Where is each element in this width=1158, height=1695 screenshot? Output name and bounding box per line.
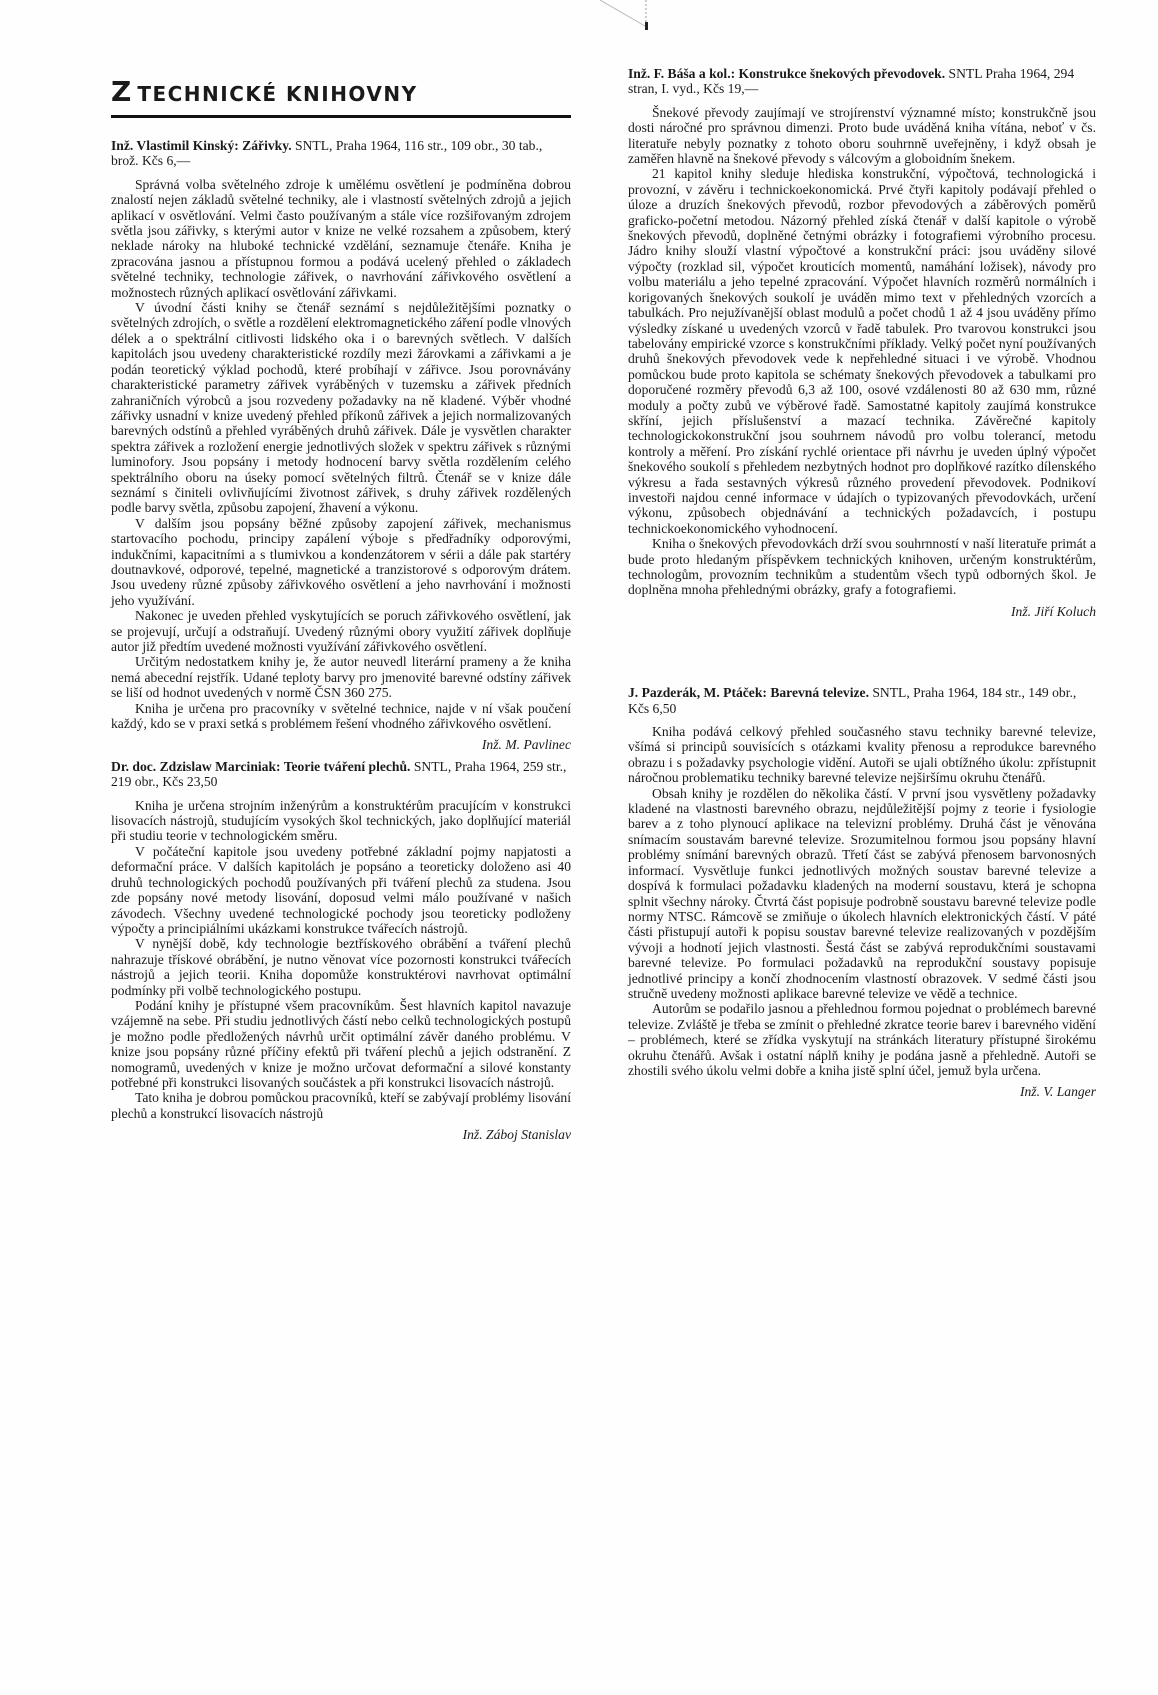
page-corner-fold-mark <box>600 0 680 32</box>
review-paragraph: Podání knihy je přístupné všem pracovník… <box>111 998 571 1090</box>
review-paragraph: Kniha podává celkový přehled současného … <box>628 724 1096 786</box>
scanned-page: ZTECHNICKÉ KNIHOVNY Inž. Vlastimil Kinsk… <box>0 0 1158 1695</box>
review-heading: Dr. doc. Zdzislaw Marciniak: Teorie tvář… <box>111 759 571 790</box>
section-title: ZTECHNICKÉ KNIHOVNY <box>111 79 571 118</box>
review-paragraph: Určitým nedostatkem knihy je, že autor n… <box>111 654 571 700</box>
review-heading: Inž. Vlastimil Kinský: Zářivky. SNTL, Pr… <box>111 138 571 169</box>
review-paragraph: Autorům se podařilo jasnou a přehlednou … <box>628 1001 1096 1078</box>
review-heading: Inž. F. Báša a kol.: Konstrukce šnekovýc… <box>628 66 1096 97</box>
review-heading: J. Pazderák, M. Ptáček: Barevná televize… <box>628 685 1096 716</box>
review-paragraph: Nakonec je uveden přehled vyskytujících … <box>111 608 571 654</box>
section-title-initial: Z <box>111 75 131 108</box>
left-column: ZTECHNICKÉ KNIHOVNY Inž. Vlastimil Kinsk… <box>111 66 571 1149</box>
review-teorie-tvareni-plechu: Dr. doc. Zdzislaw Marciniak: Teorie tvář… <box>111 759 571 1143</box>
review-paragraph: V počáteční kapitole jsou uvedeny potřeb… <box>111 844 571 936</box>
review-paragraph: Správná volba světelného zdroje k umělém… <box>111 177 571 300</box>
right-column: Inž. F. Báša a kol.: Konstrukce šnekovýc… <box>628 66 1096 1106</box>
review-paragraph: Kniha o šnekových převodovkách drží svou… <box>628 536 1096 598</box>
review-paragraph: Kniha je určena strojním inženýrům a kon… <box>111 798 571 844</box>
review-snekove-prevodovky: Inž. F. Báša a kol.: Konstrukce šnekovýc… <box>628 66 1096 619</box>
review-barevna-televize: J. Pazderák, M. Ptáček: Barevná televize… <box>628 685 1096 1100</box>
review-title: Dr. doc. Zdzislaw Marciniak: Teorie tvář… <box>111 759 410 774</box>
review-paragraph: V dalším jsou popsány běžné způsoby zapo… <box>111 516 571 608</box>
review-signature: Inž. Záboj Stanislav <box>111 1127 571 1142</box>
review-signature: Inž. M. Pavlinec <box>111 737 571 752</box>
review-paragraph: V nynější době, kdy technologie beztřísk… <box>111 936 571 998</box>
section-title-text: TECHNICKÉ KNIHOVNY <box>137 82 417 106</box>
review-paragraph: Obsah knihy je rozdělen do několika část… <box>628 786 1096 1002</box>
review-title: J. Pazderák, M. Ptáček: Barevná televize… <box>628 685 869 700</box>
review-paragraph: Kniha je určena pro pracovníky v světeln… <box>111 701 571 732</box>
review-title: Inž. F. Báša a kol.: Konstrukce šnekovýc… <box>628 66 945 81</box>
review-paragraph: V úvodní části knihy se čtenář seznámí s… <box>111 300 571 516</box>
review-signature: Inž. V. Langer <box>628 1084 1096 1099</box>
review-title: Inž. Vlastimil Kinský: Zářivky. <box>111 138 292 153</box>
review-signature: Inž. Jiří Koluch <box>628 604 1096 619</box>
review-paragraph: 21 kapitol knihy sleduje hlediska konstr… <box>628 166 1096 536</box>
review-paragraph: Tato kniha je dobrou pomůckou pracovníků… <box>111 1090 571 1121</box>
review-paragraph: Šnekové převody zaujímají ve strojírenst… <box>628 105 1096 167</box>
review-zarivky: Inž. Vlastimil Kinský: Zářivky. SNTL, Pr… <box>111 138 571 753</box>
